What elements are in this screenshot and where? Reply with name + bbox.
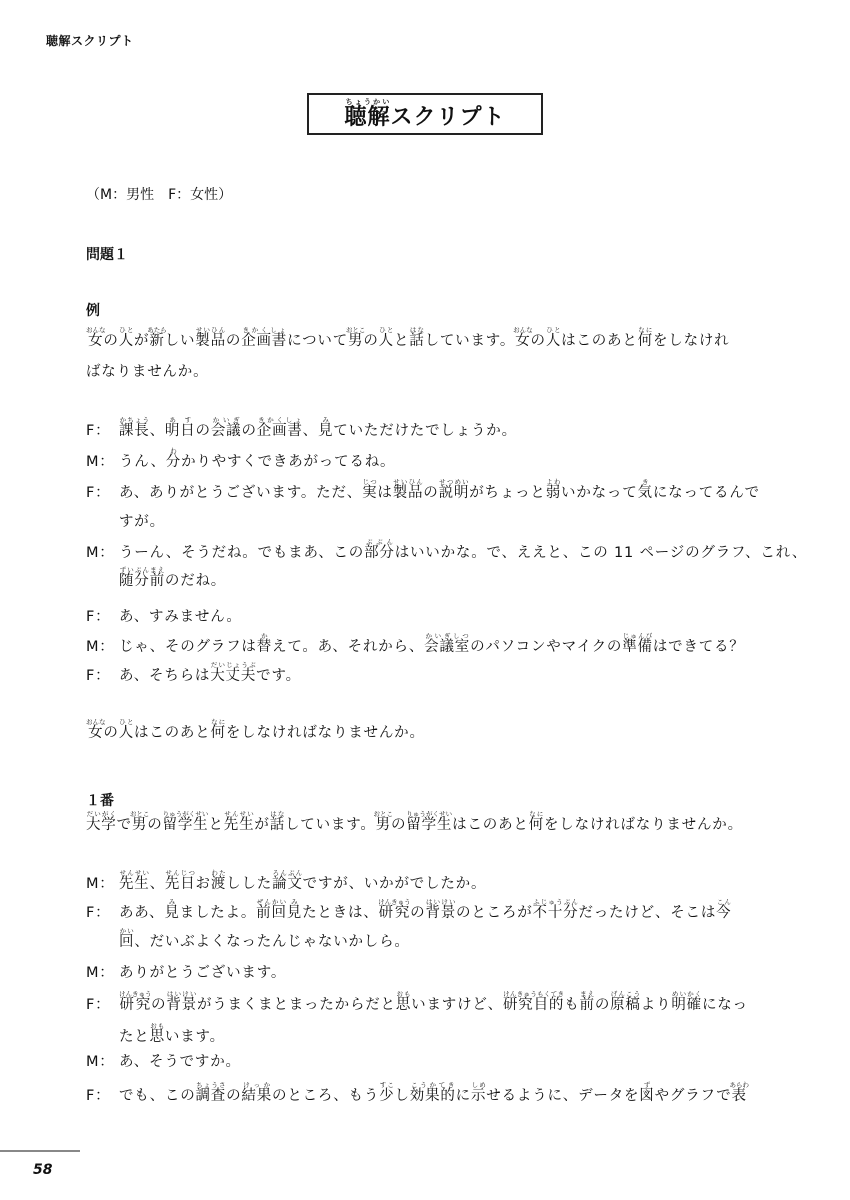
furigana-word: 人ひと: [119, 725, 134, 741]
furigana-word: 企画書きかくしょ: [257, 423, 303, 439]
title-box: 聴解ちょうかいスクリプト: [307, 93, 543, 135]
furigana-word: 効果的こうかてき: [410, 1088, 456, 1104]
speaker-label: F：: [86, 481, 119, 502]
furigana-word: 弱よわ: [546, 485, 561, 501]
furigana-word: 何なに: [638, 333, 653, 349]
example-question: 女おんなの人ひとはこのあと何なにをしなければなりませんか。: [86, 718, 425, 742]
furigana-word: 不十分ふじゅうぶん: [533, 905, 579, 921]
furigana-word: 人ひと: [546, 333, 561, 349]
speaker-label: F：: [86, 419, 119, 440]
furigana-word: 背景はいけい: [425, 905, 456, 921]
furigana-word: 企画書きかくしょ: [241, 333, 287, 349]
example-label: 例: [86, 300, 100, 320]
furigana-word: 研究けんきゅう: [119, 997, 151, 1013]
furigana-word: 男おとこ: [132, 817, 147, 833]
speaker-label: M：: [86, 450, 119, 471]
speaker-label: F：: [86, 664, 119, 685]
dialogue-line: F：あ、そちらは大丈夫だいじょうぶです。: [86, 661, 301, 685]
furigana-word: 会議かいぎ: [211, 423, 242, 439]
speaker-label: M：: [86, 541, 119, 562]
furigana-word: 大学だいがく: [86, 817, 117, 833]
furigana-word: 研究目的けんきゅうもくてき: [503, 997, 564, 1013]
furigana-word: 女おんな: [86, 725, 103, 741]
furigana-word: 課長かちょう: [119, 423, 150, 439]
dialogue-continuation: すが。: [119, 510, 165, 531]
dialogue-line: M：先生せんせい、先日せんじつお渡わたしした論文ろんぶんですが、いかがでしたか。: [86, 869, 486, 893]
dialogue-continuation: たと思おもいます。: [119, 1022, 225, 1046]
furigana-word: 人ひと: [119, 333, 134, 349]
furigana-word: 人ひと: [379, 333, 394, 349]
dialogue-line: F：でも、この調査ちょうさの結果けっかのところ、もう少すこし効果的こうかてきに示…: [86, 1081, 749, 1105]
dialogue-line: F：ああ、見みましたよ。前回ぜんかい見みたときは、研究けんきゅうの背景はいけいの…: [86, 898, 731, 922]
furigana-word: 実じつ: [362, 485, 377, 501]
furigana-word: 原稿げんこう: [610, 997, 641, 1013]
speaker-label: M：: [86, 872, 119, 893]
furigana-word: 背景はいけい: [166, 997, 197, 1013]
furigana-word: 大丈夫だいじょうぶ: [210, 668, 256, 684]
furigana-word: 会議室かいぎしつ: [424, 639, 470, 655]
furigana-word: 製品せいひん: [393, 485, 424, 501]
furigana-word: 前回ぜんかい: [256, 905, 287, 921]
dialogue-line: F：課長かちょう、明日あすの会議かいぎの企画書きかくしょ、見みていただけたでしょ…: [86, 416, 517, 440]
furigana-word: 何なに: [211, 725, 226, 741]
furigana-word: 結果けっか: [241, 1088, 272, 1104]
example-intro-line-2: ばなりませんか。: [86, 360, 208, 381]
item-1-intro: 大学だいがくで男おとこの留学生りゅうがくせいと先生せんせいが話はなしています。男…: [86, 810, 743, 834]
furigana-word: 男おとこ: [376, 817, 391, 833]
furigana-word: 製品せいひん: [195, 333, 226, 349]
dialogue-continuation: 随分前ずいぶんまえのだね。: [119, 566, 226, 590]
furigana-word: 留学生りゅうがくせい: [406, 817, 452, 833]
furigana-word: 替か: [257, 639, 272, 655]
item-1-label: １番: [86, 790, 114, 810]
running-head: 聴解スクリプト: [46, 32, 134, 49]
furigana-word: 準備じゅんび: [622, 639, 653, 655]
furigana-word: 新あたら: [149, 333, 164, 349]
furigana-word: 少すこ: [379, 1088, 394, 1104]
furigana-word: 見み: [318, 423, 333, 439]
furigana-word: 思おも: [150, 1029, 165, 1045]
furigana-word: 明確めいかく: [671, 997, 702, 1013]
furigana-word: 気き: [638, 485, 653, 501]
furigana-word: 女おんな: [515, 333, 530, 349]
speaker-label: F：: [86, 1084, 119, 1105]
speaker-label: F：: [86, 901, 119, 922]
furigana-word: 論文ろんぶん: [272, 876, 303, 892]
furigana-word: 分わ: [166, 454, 181, 470]
dialogue-line: M：あ、そうですか。: [86, 1050, 241, 1071]
furigana-word: 話はな: [270, 817, 285, 833]
dialogue-line: M：うーん、そうだね。でもまあ、この部分ぶぶんはいいかな。で、ええと、この 11…: [86, 538, 807, 562]
furigana-word: 思おも: [396, 997, 411, 1013]
dialogue-continuation: 回かい、だいぶよくなったんじゃないかしら。: [119, 927, 410, 951]
furigana-word: 見み: [287, 905, 302, 921]
dialogue-line: F：あ、すみません。: [86, 605, 242, 626]
furigana-word: 見み: [164, 905, 179, 921]
furigana-word: 明日あす: [165, 423, 196, 439]
furigana-word: 示しめ: [471, 1088, 486, 1104]
furigana-word: 前まえ: [580, 997, 595, 1013]
furigana-word: 表あらわ: [732, 1088, 749, 1104]
speaker-label: F：: [86, 605, 119, 626]
furigana-word: 研究けんきゅう: [379, 905, 411, 921]
dialogue-line: M：うん、分わかりやすくできあがってるね。: [86, 447, 395, 471]
example-intro-line-1: 女おんなの人ひとが新あたらしい製品せいひんの企画書きかくしょについて男おとこの人…: [86, 326, 729, 350]
furigana-word: 何なに: [529, 817, 544, 833]
furigana-word: 調査ちょうさ: [196, 1088, 227, 1104]
speaker-label: M：: [86, 1050, 119, 1071]
dialogue-line: F：あ、ありがとうございます。ただ、実じつは製品せいひんの説明せつめいがちょっと…: [86, 478, 760, 502]
furigana-word: 今こん: [716, 905, 731, 921]
furigana-word: 先日せんじつ: [165, 876, 196, 892]
furigana-word: 随分前ずいぶんまえ: [119, 573, 165, 589]
furigana-word: 男おとこ: [348, 333, 363, 349]
furigana-word: 先生せんせい: [119, 876, 150, 892]
dialogue-line: M：じゃ、そのグラフは替かえて。あ、それから、会議室かいぎしつのパソコンやマイク…: [86, 632, 745, 656]
dialogue-line: M：ありがとうございます。: [86, 961, 286, 982]
speaker-label: M：: [86, 961, 119, 982]
furigana-word: 留学生りゅうがくせい: [163, 817, 209, 833]
section-heading-mondai-1: 問題１: [86, 244, 128, 264]
furigana-word: 回かい: [119, 934, 134, 950]
furigana-word: 図ず: [639, 1088, 654, 1104]
furigana-word: 女おんな: [86, 333, 103, 349]
furigana-word: 部分ぶぶん: [364, 545, 395, 561]
furigana-word: 話はな: [409, 333, 424, 349]
page-title: 聴解ちょうかいスクリプト: [344, 98, 505, 129]
speaker-label: M：: [86, 635, 119, 656]
furigana-word: 先生せんせい: [224, 817, 255, 833]
speaker-legend: （M：男性 F：女性）: [86, 184, 232, 204]
furigana-word: 渡わた: [211, 876, 226, 892]
footer-rule: [0, 1150, 80, 1152]
speaker-label: F：: [86, 993, 119, 1014]
page-number: 58: [33, 1162, 52, 1178]
dialogue-line: F：研究けんきゅうの背景はいけいがうまくまとまったからだと思おもいますけど、研究…: [86, 990, 748, 1014]
furigana-word: 説明せつめい: [439, 485, 470, 501]
